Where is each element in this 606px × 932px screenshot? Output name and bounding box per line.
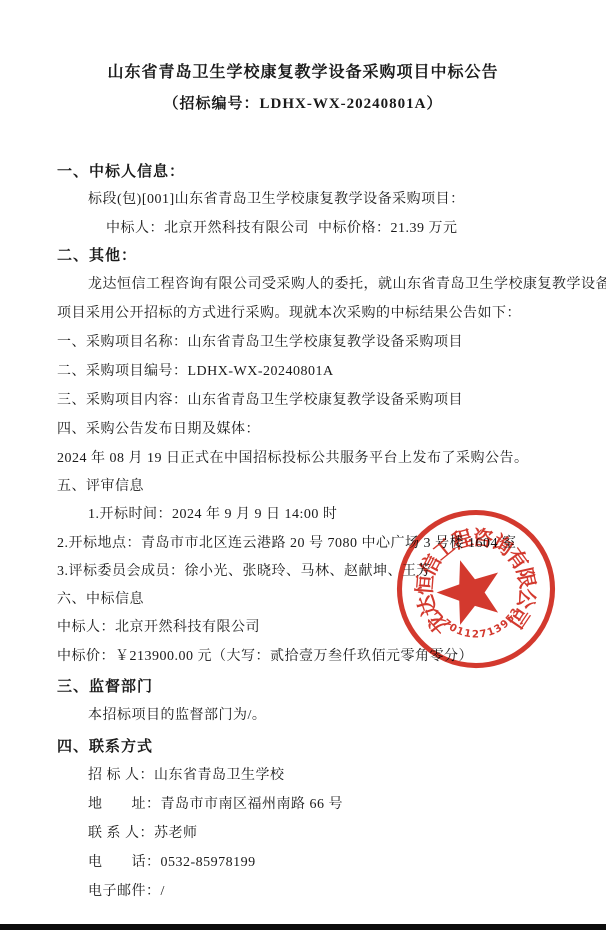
svg-text:限: 限 [512,566,539,591]
phone-line: 电 话：0532-85978199 [88,854,256,872]
section3-heading: 三、监督部门 [57,678,153,696]
section4-heading: 四、联系方式 [57,738,153,756]
section2-heading: 二、其他： [57,247,137,265]
committee-line: 3.评标委员会成员：徐小光、张晓玲、马林、赵献坤、王芳 [57,563,431,581]
package-line: 标段(包)[001]山东省青岛卫生学校康复教学设备采购项目： [88,191,465,209]
supervision-line: 本招标项目的监督部门为/。 [88,707,266,725]
project-number-line: 二、采购项目编号：LDHX-WX-20240801A [57,363,334,381]
scanned-document-page: 山东省青岛卫生学校康复教学设备采购项目中标公告 （招标编号：LDHX-WX-20… [0,0,606,932]
svg-text:达: 达 [413,591,442,619]
price-line: 中标价格：21.39 万元 [318,220,458,238]
seal-star-icon [429,550,509,628]
scan-edge-artifact [0,924,606,930]
project-name-line: 一、采购项目名称：山东省青岛卫生学校康复教学设备采购项目 [57,334,463,352]
award-price-line: 中标价：￥213900.00 元（大写：贰拾壹万叁仟玖佰元零角零分） [57,648,473,666]
open-place-line: 2.开标地点：青岛市市北区连云港路 20 号 7080 中心广场 3 号楼 16… [57,535,517,553]
section1-heading: 一、中标人信息： [57,163,185,181]
intro-line-2: 项目采用公开招标的方式进行采购。现就本次采购的中标结果公告如下： [57,305,521,323]
award-winner-line: 中标人：北京开然科技有限公司 [57,619,260,637]
review-info-heading: 五、评审信息 [57,478,144,496]
svg-text:公: 公 [513,586,540,611]
project-content-line: 三、采购项目内容：山东省青岛卫生学校康复教学设备采购项目 [57,392,463,410]
winner-line: 中标人：北京开然科技有限公司 [106,220,309,238]
tenderer-line: 招 标 人：山东省青岛卫生学校 [88,767,285,785]
svg-text:龙: 龙 [422,607,454,639]
bid-number-line: （招标编号：LDHX-WX-20240801A） [0,95,606,113]
intro-line-1: 龙达恒信工程咨询有限公司受采购人的委托，就山东省青岛卫生学校康复教学设备采购 [88,276,606,294]
open-time-line: 1.开标时间：2024 年 9 月 9 日 14:00 时 [88,506,337,524]
email-line: 电子邮件：/ [88,883,165,901]
award-info-heading: 六、中标信息 [57,591,144,609]
svg-text:司: 司 [503,602,533,632]
document-title: 山东省青岛卫生学校康复教学设备采购项目中标公告 [0,64,606,82]
announce-date-detail: 2024 年 08 月 19 日正式在中国招标投标公共服务平台上发布了采购公告。 [57,450,529,468]
announce-date-heading: 四、采购公告发布日期及媒体： [57,421,260,439]
address-line: 地 址：青岛市市南区福州南路 66 号 [88,796,343,814]
contact-person-line: 联 系 人：苏老师 [88,825,198,843]
